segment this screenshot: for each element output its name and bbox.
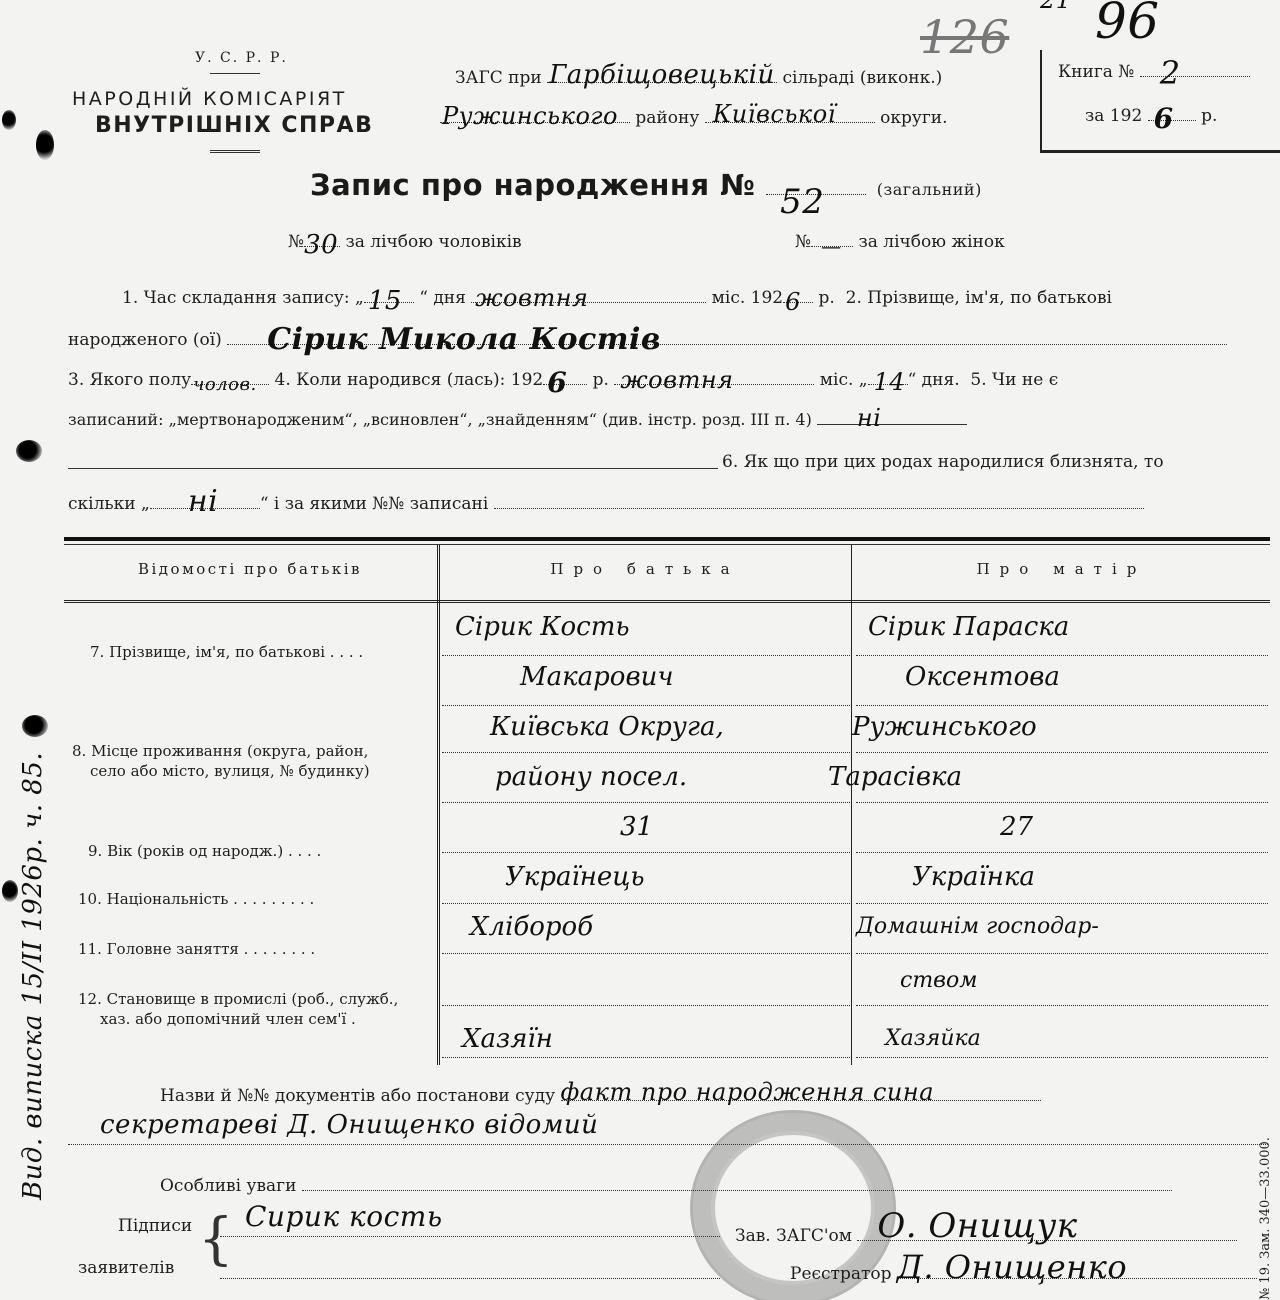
field-5-label: 5. Чи не є [970,370,1058,390]
row-label-status-2: хаз. або допомічний член сем'ї . [100,1010,356,1029]
mother-cell-line [856,655,1268,656]
punch-hole [2,880,18,902]
day-label: “ дня. [908,370,960,390]
mother-nationality[interactable]: Українка [912,862,1035,892]
father-age[interactable]: 31 [620,812,653,842]
row-label-residence: 8. Місце проживання (округа, район, [72,742,368,761]
registrar-signature-field[interactable]: Д. Онищенко [897,1278,1257,1279]
book-number-value: 2 [1160,54,1181,92]
documents-label: Назви й №№ документів або постанови суду [160,1086,555,1106]
page-title: Запис про народження № 52 (загальний) [310,168,982,202]
birth-day-value: 14 [874,368,906,396]
punch-hole [16,440,42,462]
record-day-field[interactable]: 15 [364,302,414,303]
twins-count-value: ні [188,484,218,519]
year-suffix: р. [593,370,609,390]
documents-line: Назви й №№ документів або постанови суду… [160,1086,1041,1106]
book-number-line: Книга № 2 [1058,62,1250,82]
father-nationality[interactable]: Українець [505,862,645,892]
field-1-label: 1. Час складання запису: „ [122,288,364,308]
documents-field-line2[interactable] [68,1144,1268,1145]
book-year-suffix: р. [1201,106,1217,126]
zags-line: ЗАГС при Гарбіщовецькій сільраді (виконк… [455,68,942,88]
mother-residence-line2[interactable]: Тарасівка [828,762,962,792]
father-cell-line [442,903,850,904]
mother-cell-line [856,1057,1268,1058]
okrug-field[interactable]: Київської [705,122,875,123]
field-2-label: 2. Прізвище, ім'я, по батькові [846,288,1112,308]
record-day-value: 15 [368,286,402,316]
twins-count-label: скільки „ [68,494,150,514]
field-4-label: 4. Коли народився (лась): 192 [275,370,544,390]
special-notes-label: Особливі уваги [160,1176,296,1196]
row-label-residence-2: село або місто, вулиця, № будинку) [90,762,370,781]
birth-month-field[interactable]: жовтня [614,384,814,385]
field-3-label: 3. Якого полу [68,370,191,390]
field-6-label: 6. Як що при цих родах народилися близня… [722,452,1164,472]
newborn-name-value: Сірик Микола Костів [267,322,661,357]
book-year-line: за 192 6 р. [1085,106,1217,126]
punch-hole [2,110,16,130]
zags-prefix: ЗАГС при [455,68,542,88]
row-label-occupation: 11. Головне заняття . . . . . . . . [78,940,315,959]
documents-value-line2: секретареві Д. Онищенко відомий [100,1110,598,1140]
punch-hole [36,130,54,160]
father-occupation[interactable]: Хлібороб [470,912,593,942]
small-archive-number: 21 [1040,0,1072,14]
month-label: міс. „ [820,370,868,390]
column-header-father: Про батька [440,560,850,578]
record-number-field[interactable]: 52 [766,194,866,195]
newborn-label: народженого (ої) [68,330,222,350]
father-name-line2[interactable]: Макарович [520,662,674,692]
crossed-archive-number: 126 [920,10,1009,64]
mother-age[interactable]: 27 [1000,812,1033,842]
mother-name-line1[interactable]: Сірик Параска [868,612,1069,642]
male-count-value: 30 [304,230,338,260]
divider [210,73,260,74]
record-number-value: 52 [780,182,824,222]
year-suffix: р. [819,288,835,308]
twins-numbers-label: “ і за якими №№ записані [260,494,488,514]
documents-value-line1: факт про народження сина [561,1078,935,1106]
field-5-line: записаний: „мертвонародженим“, „всиновле… [68,410,967,429]
print-order-code: № 19. Зам. 340—33.000. [1258,1050,1273,1300]
mother-status[interactable]: Хазяйка [885,1026,981,1051]
twins-count-field[interactable]: ні [150,508,260,509]
special-notes-field[interactable] [302,1190,1172,1191]
father-cell-line [442,705,850,706]
mother-cell-line [856,752,1268,753]
documents-field[interactable]: факт про народження сина [561,1100,1041,1101]
male-count-line: №30 за лічбою чоловіків [288,232,522,252]
record-year-value: 6 [785,288,801,316]
number-sign: № [795,232,811,252]
district-label: району [635,108,699,128]
father-cell-line [442,655,850,656]
sex-value: чолов. [193,374,257,395]
birth-year-field[interactable]: 6 [543,384,587,385]
archive-page-number: 96 [1095,0,1160,50]
birth-day-field[interactable]: 14 [868,384,908,385]
republic-label: У. С. Р. Р. [195,50,288,66]
applicant-signature-field-2[interactable] [220,1278,720,1279]
record-month-value: жовтня [475,284,588,312]
female-count-label: за лічбою жінок [859,232,1005,252]
head-signature: О. Онищук [877,1206,1077,1246]
district-line: Ружинського району Київської округи. [440,108,948,128]
mother-residence-line1[interactable]: Ружинського [852,712,1037,742]
zags-village-value: Гарбіщовецькій [549,60,775,90]
row-label-name: 7. Прізвище, ім'я, по батькові . . . . [90,643,363,662]
table-top-rule [64,544,1270,545]
father-cell-line [442,752,850,753]
stillborn-field[interactable]: ні [817,424,967,425]
field-1-line: 1. Час складання запису: „15 “ дня жовтн… [122,288,1112,308]
birth-month-value: жовтня [620,366,733,394]
number-sign: № [288,232,304,252]
record-year-field[interactable]: 6 [783,302,813,303]
father-cell-line [442,1005,850,1006]
father-cell-line [442,1057,850,1058]
field-5-text: записаний: „мертвонародженим“, „всиновле… [68,410,812,429]
father-cell-line [442,953,850,954]
female-count-line: №— за лічбою жінок [795,232,1005,252]
father-residence-line1[interactable]: Київська Округа, [490,712,724,742]
table-top-rule [64,537,1270,541]
day-label: “ дня [419,288,466,308]
field-2-line: народженого (ої) Сірик Микола Костів [68,330,1227,350]
female-count-field[interactable]: — [811,246,853,247]
column-divider [851,545,852,1065]
row-label-age: 9. Вік (років од народж.) . . . . [88,842,321,861]
applicant-signature-field[interactable] [220,1236,720,1237]
title-suffix: (загальний) [877,180,982,199]
father-cell-line [442,852,850,853]
commissariat-subtitle: ВНУТРІШНІХ СПРАВ [95,113,373,138]
registrar-signature: Д. Онищенко [897,1248,1127,1286]
okrug-value: Київської [713,100,836,128]
mother-cell-line [856,1005,1268,1006]
district-field[interactable]: Ружинського [440,122,630,123]
okrug-label: округи. [880,108,947,128]
head-signature-field[interactable]: О. Онищук [857,1240,1237,1241]
punch-hole [22,715,48,737]
mother-cell-line [856,953,1268,954]
registrar-label: Реєстратор [790,1264,892,1284]
mother-occupation-line2[interactable]: ством [900,968,977,993]
stillborn-value: ні [857,404,881,432]
father-status[interactable]: Хазяїн [462,1024,553,1054]
head-label: Зав. ЗАГС'ом [735,1226,852,1246]
sex-field[interactable]: чолов. [191,384,269,385]
mother-cell-line [856,903,1268,904]
book-year-field[interactable]: 6 [1148,120,1196,121]
field-3-line: 3. Якого получолов. 4. Коли народився (л… [68,370,1058,390]
mother-cell-line [856,852,1268,853]
male-count-label: за лічбою чоловіків [346,232,522,252]
mother-cell-line [856,705,1268,706]
father-residence-line2[interactable]: району посел. [495,762,687,792]
registrar-line: Реєстратор Д. Онищенко [790,1264,1257,1284]
field-6-line: скільки „ні“ і за якими №№ записані [68,494,1144,514]
father-cell-line [442,802,850,803]
field-5-continuation-line[interactable] [68,468,718,469]
zags-suffix: сільраді (виконк.) [783,68,943,88]
column-header-mother: Про матір [853,560,1270,578]
book-number-field[interactable]: 2 [1140,76,1250,77]
record-month-field[interactable]: жовтня [471,302,706,303]
male-count-field[interactable]: 30 [304,246,340,247]
district-value: Ружинського [442,102,618,130]
title-label: Запис про народження № [310,168,756,202]
row-label-status: 12. Становище в промислі (роб., служб., [78,990,398,1009]
special-notes-line: Особливі уваги [160,1176,1172,1196]
mother-name-line2[interactable]: Оксентова [905,662,1060,692]
applicant-signature: Сирик кость [245,1200,443,1233]
book-year-value: 6 [1154,102,1174,135]
mother-cell-line [856,802,1268,803]
column-header-parents: Відомості про батьків [64,560,436,578]
divider [210,150,260,153]
female-count-value: — [821,234,842,258]
father-name-line1[interactable]: Сірик Кость [455,612,630,642]
signatures-label-2: заявителів [78,1258,174,1278]
head-line: Зав. ЗАГС'ом О. Онищук [735,1226,1237,1246]
column-divider [437,545,440,1065]
birth-year-value: 6 [547,366,567,399]
year-prefix: міс. 192 [712,288,783,308]
book-label: Книга № [1058,62,1134,82]
signatures-label-1: Підписи [118,1216,192,1236]
mother-occupation-line1[interactable]: Домашнім господар- [856,914,1099,939]
commissariat-name: НАРОДНІЙ КОМІСАРІЯТ [72,88,347,110]
book-year-prefix: за 192 [1085,106,1142,126]
row-label-nationality: 10. Національність . . . . . . . . . [78,890,314,909]
brace: { [198,1212,234,1268]
margin-annotation: Вид. виписка 15/II 1926р. ч. 85. [18,752,48,1200]
zags-village-field[interactable]: Гарбіщовецькій [547,82,777,83]
table-header-rule [64,600,1270,603]
twins-numbers-field[interactable] [494,508,1144,509]
newborn-name-field[interactable]: Сірик Микола Костів [227,344,1227,345]
